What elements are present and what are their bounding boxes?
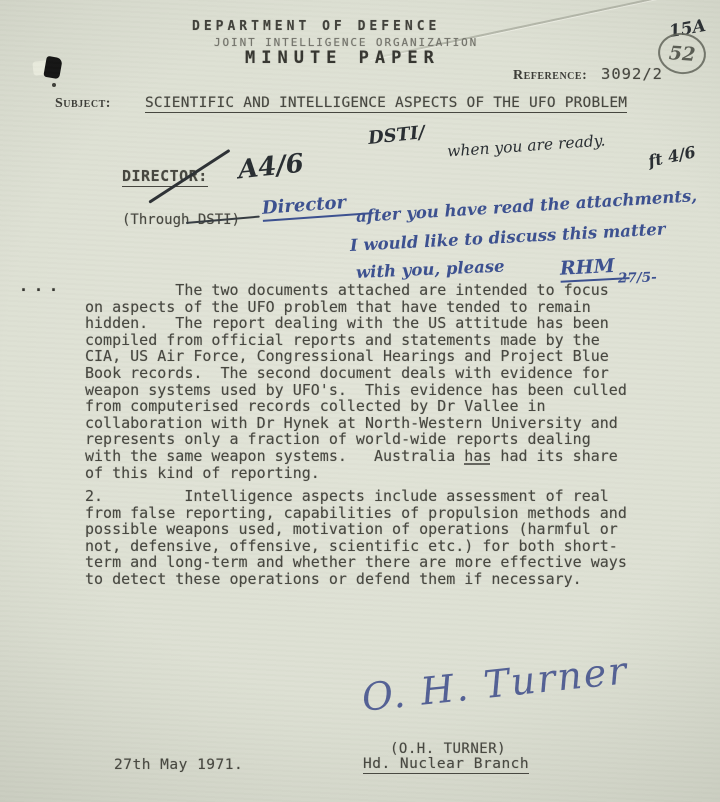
reference-label: Reference: — [513, 68, 587, 84]
stamp-number: 52 — [668, 42, 696, 66]
note-line2: I would like to discuss this matter — [350, 219, 666, 254]
staple-speck — [52, 83, 56, 87]
signature-script: O. H. Turner — [360, 648, 631, 720]
document-page: DEPARTMENT OF DEFENCE JOINT INTELLIGENCE… — [0, 0, 720, 802]
reference-value: 3092/2 — [601, 65, 663, 83]
dsti-routing-note: DSTI/ — [367, 122, 426, 149]
staple-mark — [43, 56, 62, 79]
circled-stamp: 52 — [655, 30, 708, 77]
header-doc-type: MINUTE PAPER — [245, 48, 440, 68]
initials-date-right: ft 4/6 — [647, 142, 698, 171]
signed-title-typed: Hd. Nuclear Branch — [363, 756, 529, 774]
date-line: 27th May 1971. — [114, 757, 243, 773]
director-annotation: A4/6 — [237, 149, 306, 186]
subject-value: SCIENTIFIC AND INTELLIGENCE ASPECTS OF T… — [145, 95, 627, 113]
subject-label: Subject: — [55, 96, 111, 112]
when-ready-note: when you are ready. — [447, 131, 606, 160]
note-line3: with you, please — [356, 257, 505, 282]
typo-underline-mark — [464, 463, 490, 465]
margin-dots: ... — [19, 277, 64, 295]
signed-name-typed: (O.H. TURNER) — [390, 741, 506, 757]
body-paragraph-1: The two documents attached are intended … — [85, 282, 627, 481]
header-department: DEPARTMENT OF DEFENCE — [192, 19, 440, 34]
body-paragraph-2: 2. Intelligence aspects include assessme… — [85, 488, 627, 588]
